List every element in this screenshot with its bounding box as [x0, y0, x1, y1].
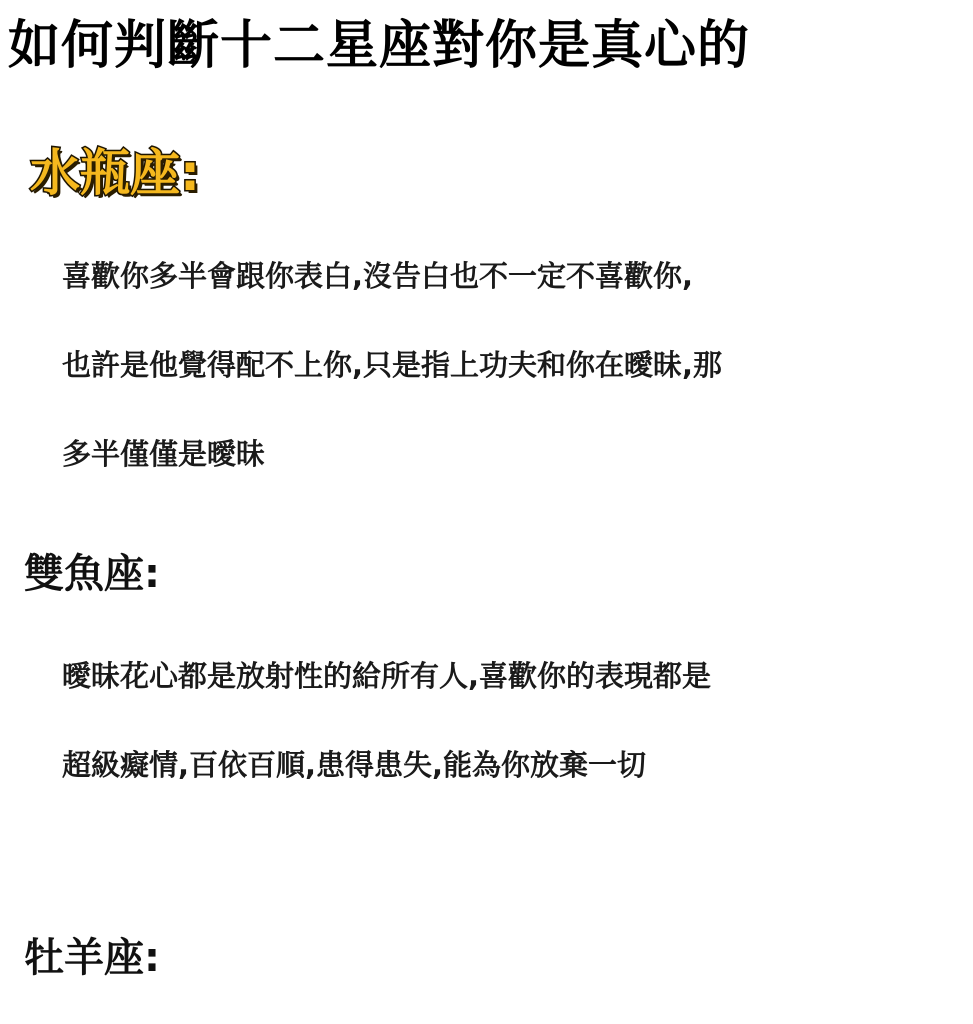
section-heading-pisces: 雙魚座:	[24, 554, 160, 594]
page-title: 如何判斷十二星座對你是真心的	[8, 20, 750, 72]
section-heading-aries: 牡羊座:	[24, 938, 160, 978]
body-line: 喜歡你多半會跟你表白,沒告白也不一定不喜歡你,	[62, 262, 942, 291]
section-heading-aquarius: 水瓶座:	[30, 148, 200, 198]
body-line: 也許是他覺得配不上你,只是指上功夫和你在曖昧,那	[62, 351, 942, 380]
body-line: 超級癡情,百依百順,患得患失,能為你放棄一切	[62, 751, 942, 780]
section-body-aquarius: 喜歡你多半會跟你表白,沒告白也不一定不喜歡你, 也許是他覺得配不上你,只是指上功…	[62, 262, 942, 529]
body-line: 多半僅僅是曖昧	[62, 440, 942, 469]
body-line: 曖昧花心都是放射性的給所有人,喜歡你的表現都是	[62, 662, 942, 691]
section-body-pisces: 曖昧花心都是放射性的給所有人,喜歡你的表現都是 超級癡情,百依百順,患得患失,能…	[62, 662, 942, 840]
